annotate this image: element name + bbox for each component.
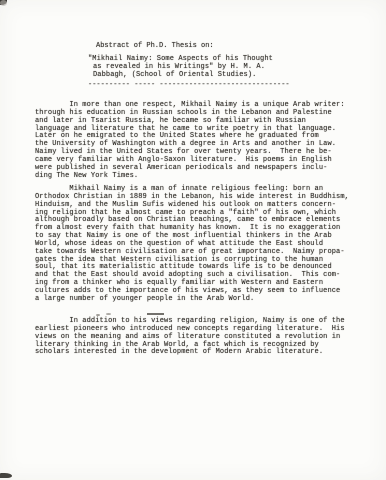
pencil-mark — [96, 314, 100, 316]
paragraph-2: Mikhail Naimy is a man of innate religio… — [35, 186, 365, 304]
paragraph-1: In more than one respect, Mikhail Naimy … — [35, 102, 365, 180]
scan-artifact-bottom-left — [0, 473, 12, 478]
thesis-title: "Mikhail Naimy: Some Aspects of his Thou… — [88, 56, 273, 80]
text-line: ding The New York Times. — [35, 173, 365, 181]
paragraph-3: In addition to his views regarding relig… — [35, 318, 365, 357]
pencil-mark — [106, 313, 111, 315]
pencil-mark — [147, 313, 164, 315]
text-line: a large number of younger people in the … — [35, 296, 365, 304]
scan-smudge — [0, 0, 7, 6]
dashed-rule: ---------- ----- -----------------------… — [88, 81, 290, 89]
text-line: scholars interested in the development o… — [35, 349, 365, 357]
scanned-document-page: Abstract of Ph.D. Thesis on: "Mikhail Na… — [0, 0, 386, 480]
text-line: Dabbagh, (School of Oriental Studies). — [93, 72, 273, 80]
document-heading: Abstract of Ph.D. Thesis on: — [96, 42, 214, 50]
